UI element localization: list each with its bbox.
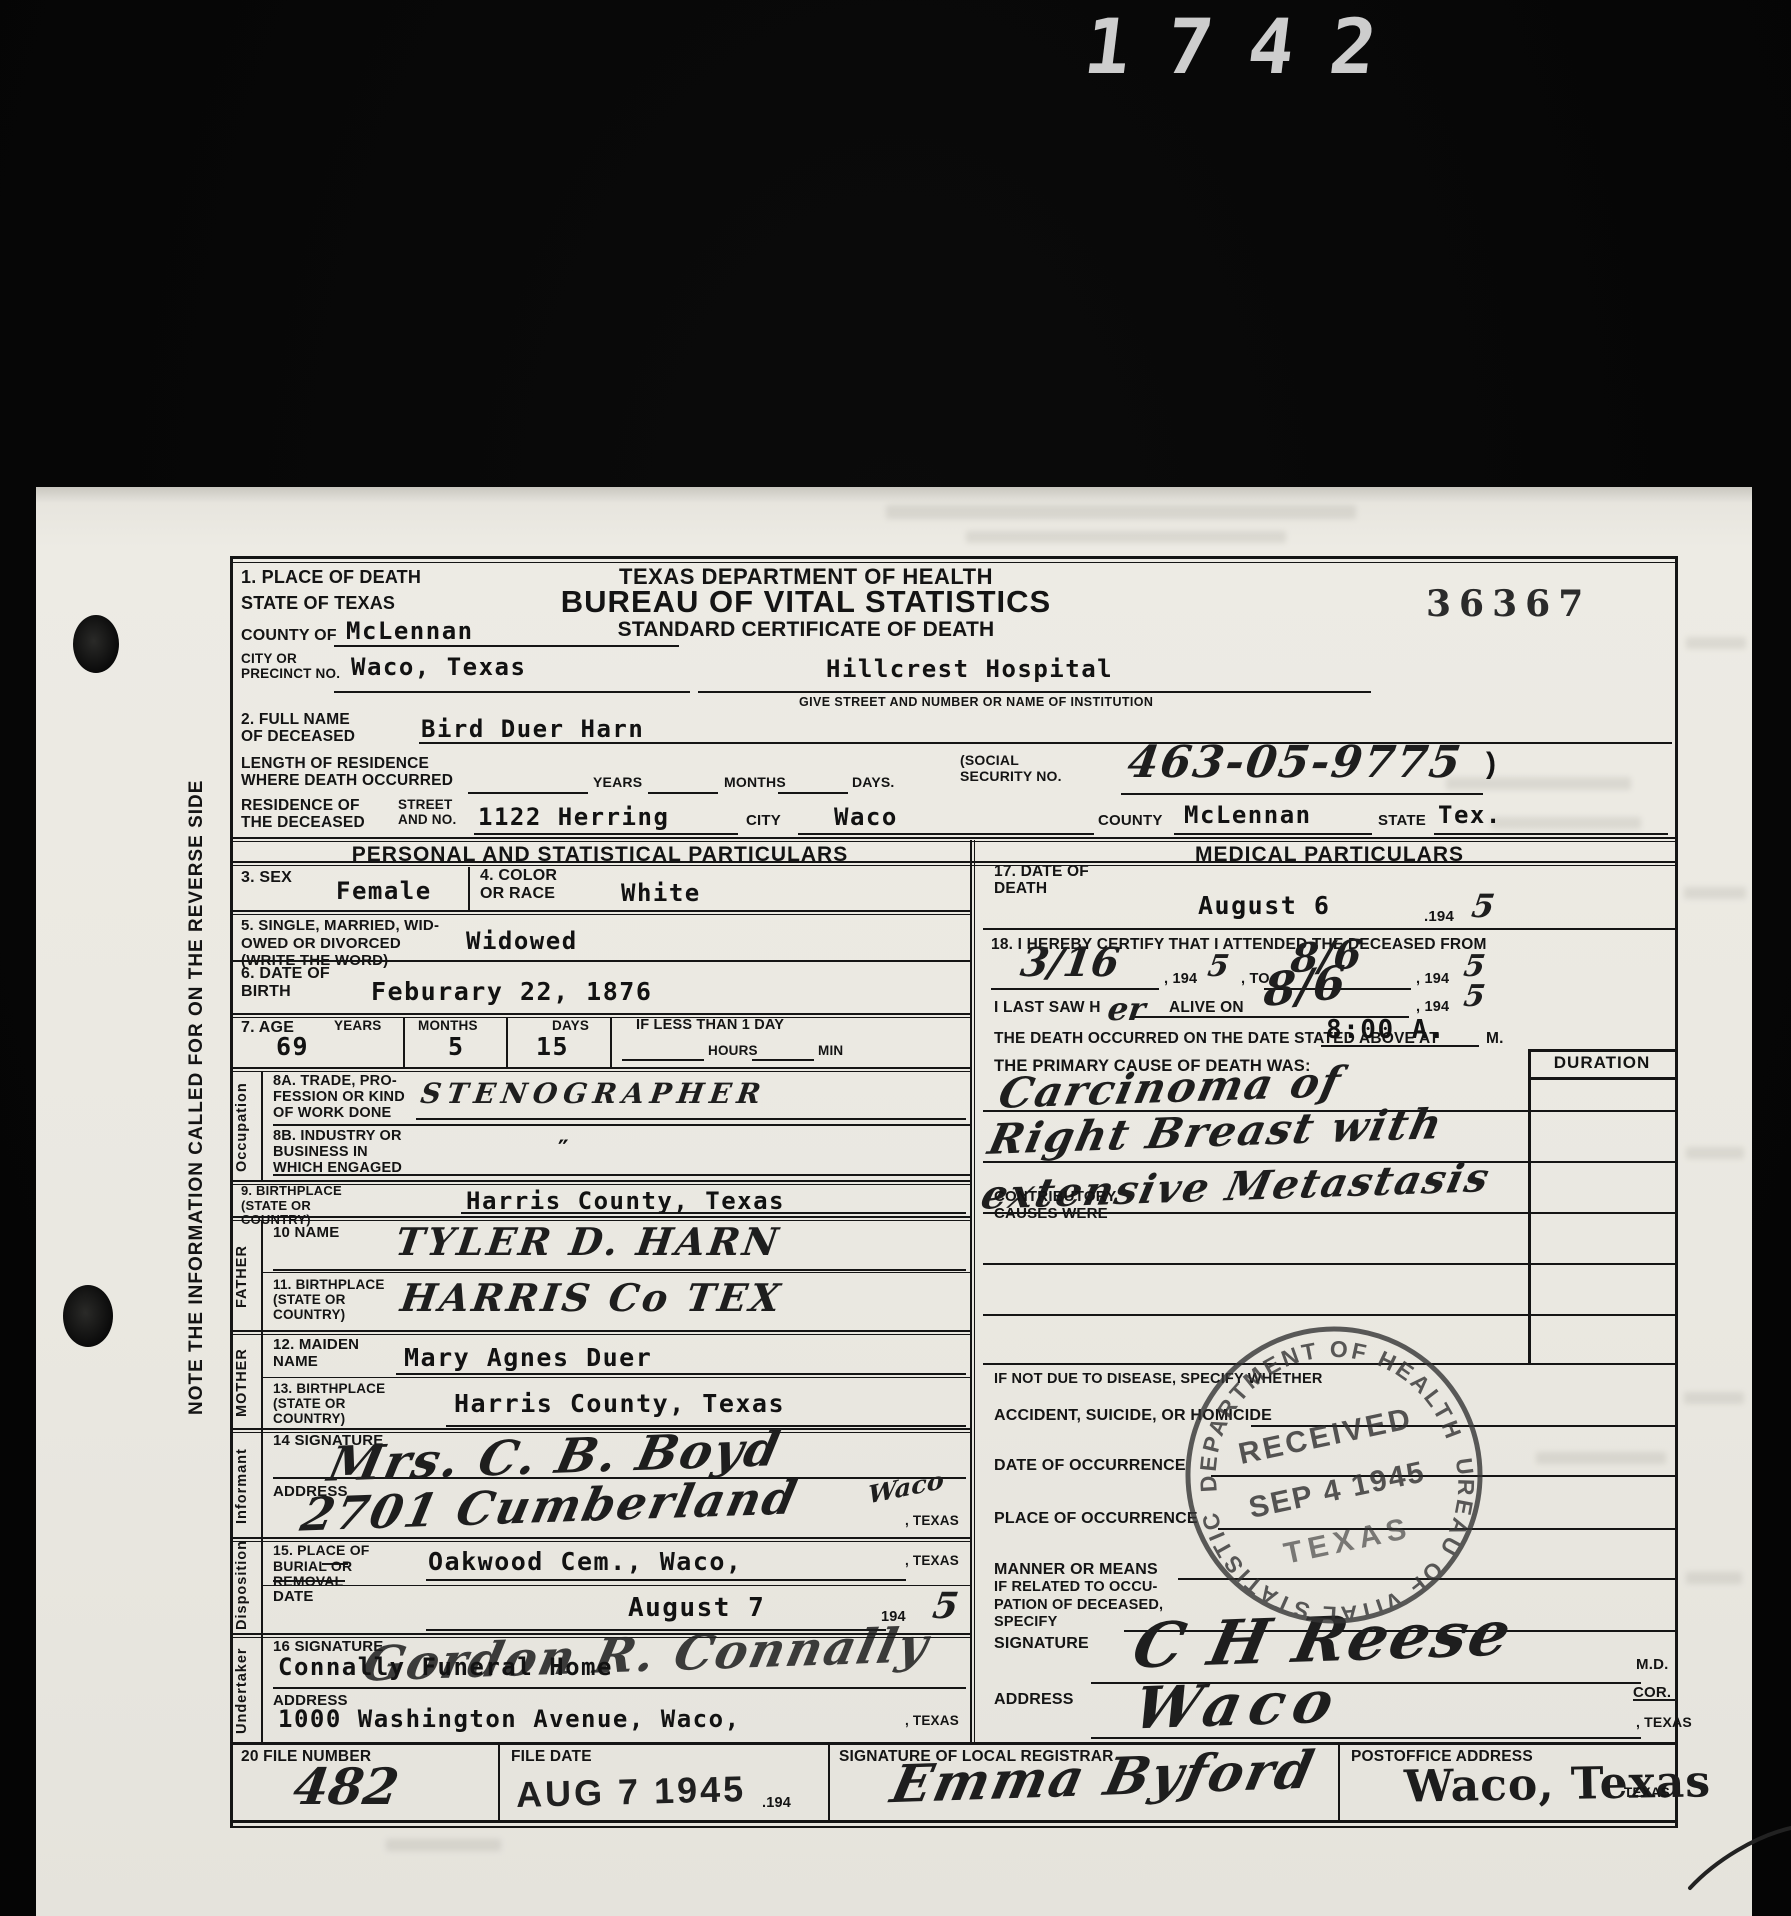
pen-mark	[1686, 1822, 1791, 1892]
date-occurrence-label: DATE OF OCCURRENCE	[994, 1457, 1186, 1475]
bleed-through-artifact	[1686, 637, 1746, 649]
bureau-title: BUREAU OF VITAL STATISTICS	[456, 585, 1156, 620]
rule	[1528, 1077, 1676, 1080]
birth-date-value: Feburary 22, 1876	[371, 977, 652, 1006]
race-label: 4. COLOR OR RACE	[480, 867, 557, 903]
rule	[396, 1373, 966, 1375]
bleed-through-artifact	[1491, 817, 1641, 829]
rule	[261, 1377, 970, 1378]
birthplace-label: 9. BIRTHPLACE (STATE OR COUNTRY)	[241, 1184, 342, 1228]
rule	[506, 1017, 508, 1067]
rule	[622, 1059, 704, 1061]
rule	[261, 1071, 263, 1180]
rule	[230, 1334, 970, 1335]
rule	[230, 1067, 970, 1069]
rule	[468, 867, 470, 910]
rule	[230, 556, 1678, 559]
burial-date-value: August 7	[628, 1593, 765, 1623]
received-stamp: DEPARTMENT OF HEALTH BUREAU OF VITAL STA…	[1150, 1291, 1518, 1659]
father-name-label: 10 NAME	[273, 1225, 339, 1242]
film-frame-number: 1742	[1080, 2, 1418, 91]
street-value: 1122 Herring	[478, 803, 669, 831]
full-name-value: Bird Duer Harn	[421, 715, 644, 743]
rule	[983, 1314, 1676, 1316]
res-county-value: McLennan	[1184, 801, 1312, 829]
ssn-label: (SOCIAL SECURITY NO.	[960, 753, 1062, 784]
rule	[1174, 833, 1372, 835]
mother-side-label: MOTHER	[234, 1341, 260, 1425]
rule	[261, 1272, 970, 1273]
age-min-label: MIN	[818, 1043, 843, 1058]
rule	[334, 691, 690, 693]
age-less-label: IF LESS THAN 1 DAY	[636, 1017, 784, 1033]
rule	[273, 1124, 970, 1126]
bleed-through-artifact	[1686, 1572, 1742, 1584]
res-city-label: CITY	[746, 813, 781, 830]
bleed-through-artifact	[1684, 887, 1746, 899]
state-of-texas-label: STATE OF TEXAS	[241, 593, 395, 613]
rule	[1338, 1742, 1340, 1820]
bleed-through-artifact	[1536, 1452, 1666, 1464]
hole-punch	[73, 615, 119, 673]
rule	[230, 1820, 1678, 1823]
rule	[334, 645, 679, 647]
res-city-value: Waco	[834, 803, 898, 831]
marital-value: Widowed	[466, 927, 578, 955]
margin-note: NOTE THE INFORMATION CALLED FOR ON THE R…	[186, 657, 222, 1537]
microfilm-scan: 1742 NOTE THE INFORMATION CALLED FOR ON …	[0, 0, 1791, 1916]
rule	[1434, 833, 1668, 835]
contributory-label: CONTRIBUTORY CAUSES WERE	[994, 1189, 1116, 1223]
place-of-death-label: 1. PLACE OF DEATH	[241, 567, 421, 587]
father-side-label: FATHER	[234, 1227, 260, 1327]
rule	[230, 910, 970, 912]
certificate-number: 36367	[1426, 583, 1591, 625]
maiden-name-value: Mary Agnes Duer	[404, 1343, 652, 1372]
file-number-value: 482	[290, 1757, 403, 1816]
age-months-value: 5	[448, 1032, 465, 1061]
father-birthplace-label: 11. BIRTHPLACE (STATE OR COUNTRY)	[273, 1277, 385, 1322]
physician-address-state: , TEXAS	[1636, 1715, 1692, 1731]
father-name-value: TYLER D. HARN	[393, 1219, 784, 1264]
rule	[230, 841, 1678, 842]
full-name-label: 2. FULL NAME OF DECEASED	[241, 711, 355, 746]
rule	[230, 1826, 1678, 1828]
from-year-hand: 5	[1206, 949, 1232, 984]
rule	[798, 833, 1094, 835]
undertaker-side-label: Undertaker	[234, 1643, 260, 1739]
bleed-through-artifact	[1686, 1147, 1744, 1159]
attended-from-value: 3/16	[1018, 939, 1123, 986]
postoff-state-preprint: TEXAS	[1624, 1785, 1670, 1800]
last-saw-pre-label: I LAST SAW H	[994, 999, 1101, 1016]
age-days-value: 15	[536, 1032, 569, 1061]
rule	[1675, 556, 1678, 1828]
undertaker-name-typed: Connally Funeral Home	[278, 1653, 613, 1681]
rule	[983, 1263, 1676, 1265]
burial-label: 15. PLACE OF BURIAL OR REMOVAL	[273, 1543, 370, 1590]
bleed-through-artifact	[966, 531, 1286, 543]
ssn-value: 463-05-9775	[1124, 737, 1465, 788]
bleed-through-artifact	[1684, 1392, 1744, 1404]
burial-value: Oakwood Cem., Waco,	[428, 1547, 742, 1576]
industry-label: 8B. INDUSTRY OR BUSINESS IN WHICH ENGAGE…	[273, 1128, 402, 1177]
to-year-preprint: , 194	[1416, 971, 1449, 987]
res-county-label: COUNTY	[1098, 813, 1163, 830]
rule	[498, 1742, 500, 1820]
rule	[778, 792, 848, 794]
county-value: McLennan	[346, 617, 474, 645]
age-years-label: YEARS	[334, 1018, 382, 1033]
rule	[403, 1017, 405, 1067]
age-months-label: MONTHS	[418, 1018, 478, 1033]
rule	[230, 1013, 970, 1015]
informant-side-label: Informant	[234, 1437, 260, 1535]
maiden-name-label: 12. MAIDEN NAME	[273, 1337, 359, 1371]
city-value: Waco, Texas	[351, 653, 526, 681]
rule	[648, 792, 718, 794]
trade-label: 8A. TRADE, PRO- FESSION OR KIND OF WORK …	[273, 1073, 405, 1122]
father-birthplace-value: HARRIS Co TEX	[398, 1275, 786, 1320]
manner-means-label: MANNER OR MEANS	[994, 1561, 1158, 1579]
informant-address-state: , TEXAS	[905, 1513, 959, 1528]
trade-value: STENOGRAPHER	[419, 1077, 769, 1110]
physician-address-label: ADDRESS	[994, 1691, 1074, 1709]
sex-value: Female	[336, 877, 432, 905]
physician-signature-label: SIGNATURE	[994, 1635, 1089, 1653]
industry-ditto-value: ″	[556, 1135, 572, 1163]
rule	[230, 562, 1678, 563]
stamp-received: RECEIVED	[1236, 1402, 1416, 1471]
rule	[1528, 1049, 1531, 1363]
meridiem-label: M.	[1486, 1030, 1504, 1047]
certificate-title: STANDARD CERTIFICATE OF DEATH	[456, 618, 1156, 642]
burial-year-hand: 5	[930, 1585, 961, 1627]
residence-length-label: LENGTH OF RESIDENCE WHERE DEATH OCCURRED	[241, 755, 453, 790]
undertaker-address-state: , TEXAS	[905, 1713, 959, 1728]
rule	[230, 1180, 970, 1182]
bleed-through-artifact	[386, 1839, 501, 1851]
age-hours-label: HOURS	[708, 1043, 758, 1058]
related-occupation-label: IF RELATED TO OCCU- PATION OF DECEASED, …	[994, 1579, 1163, 1632]
from-year-preprint: , 194	[1164, 971, 1197, 987]
date-of-death-label: 17. DATE OF DEATH	[994, 863, 1089, 898]
death-year-hand: 5	[1469, 887, 1497, 925]
mother-birthplace-label: 13. BIRTHPLACE (STATE OR COUNTRY)	[273, 1381, 385, 1426]
rule	[974, 840, 975, 1742]
sex-label: 3. SEX	[241, 869, 292, 887]
rule	[828, 1742, 830, 1820]
age-days-label: DAYS	[552, 1018, 589, 1033]
last-saw-post-label: ALIVE ON	[1169, 999, 1244, 1016]
ssn-close-paren: )	[1486, 747, 1496, 781]
undertaker-address-value: 1000 Washington Avenue, Waco,	[278, 1705, 741, 1733]
rule	[230, 1742, 1678, 1745]
street-label: STREET AND NO.	[398, 797, 456, 827]
birth-date-label: 6. DATE OF BIRTH	[241, 965, 330, 1001]
institution-value: Hillcrest Hospital	[826, 655, 1113, 683]
rule	[610, 1017, 612, 1067]
md-label: M.D.	[1636, 1657, 1668, 1674]
occupation-side-label: Occupation	[234, 1075, 260, 1179]
burial-state: , TEXAS	[905, 1553, 959, 1568]
rule	[261, 1220, 263, 1742]
days-label: DAYS.	[852, 775, 895, 791]
rule	[230, 837, 1678, 839]
rule	[698, 691, 1371, 693]
informant-address-city: Waco	[868, 1466, 944, 1510]
rule	[416, 1118, 966, 1120]
rule	[230, 914, 970, 915]
city-precinct-label: CITY OR PRECINCT NO.	[241, 651, 340, 681]
mother-birthplace-value: Harris County, Texas	[454, 1389, 785, 1418]
rule	[273, 1269, 966, 1271]
place-occurrence-label: PLACE OF OCCURRENCE	[994, 1510, 1198, 1528]
residence-label: RESIDENCE OF THE DECEASED	[241, 797, 365, 832]
rule	[230, 1330, 970, 1332]
res-state-value: Tex.	[1438, 801, 1502, 829]
rule	[468, 792, 588, 794]
last-saw-er-hand: er	[1105, 990, 1148, 1028]
rule	[230, 1071, 970, 1072]
last-saw-date-value: 8/6	[1263, 955, 1346, 1017]
rule	[970, 840, 972, 1742]
last-saw-year-preprint: , 194	[1416, 999, 1449, 1015]
physician-address-value: Waco	[1128, 1667, 1348, 1742]
death-year-preprint: .194	[1424, 909, 1454, 926]
marital-label: 5. SINGLE, MARRIED, WID- OWED OR DIVORCE…	[241, 917, 439, 970]
county-of-label: COUNTY OF	[241, 627, 337, 645]
death-time-value: 8:00 A.	[1326, 1015, 1446, 1045]
rule	[426, 1579, 906, 1581]
cor-label: COR.	[1633, 1685, 1671, 1702]
file-date-preprint: .194	[762, 1795, 791, 1811]
birthplace-value: Harris County, Texas	[466, 1187, 785, 1215]
file-date-label: FILE DATE	[511, 1748, 592, 1765]
disposition-side-label: Disposition	[234, 1545, 260, 1630]
bleed-through-artifact	[886, 505, 1356, 519]
file-date-stamp: AUG 7 1945	[515, 1768, 746, 1816]
rule	[1528, 1049, 1676, 1052]
rule	[983, 928, 1676, 930]
rule	[1121, 793, 1483, 795]
personal-section-header: PERSONAL AND STATISTICAL PARTICULARS	[230, 843, 970, 867]
res-state-label: STATE	[1378, 813, 1426, 830]
rule	[752, 1059, 814, 1061]
last-saw-year-hand: 5	[1462, 979, 1488, 1014]
years-label: YEARS	[593, 775, 642, 791]
hole-punch	[63, 1285, 113, 1347]
stamp-state: TEXAS	[1281, 1511, 1415, 1570]
rule	[474, 833, 738, 835]
burial-date-label: DATE	[273, 1589, 314, 1606]
race-value: White	[621, 879, 701, 907]
certificate-page: NOTE THE INFORMATION CALLED FOR ON THE R…	[36, 487, 1752, 1916]
institution-caption: GIVE STREET AND NUMBER OR NAME OF INSTIT…	[799, 695, 1153, 709]
duration-label: DURATION	[1528, 1053, 1676, 1072]
bleed-through-artifact	[1446, 777, 1631, 790]
date-of-death-value: August 6	[1198, 891, 1330, 920]
months-label: MONTHS	[724, 775, 786, 791]
age-years-value: 69	[276, 1032, 309, 1061]
